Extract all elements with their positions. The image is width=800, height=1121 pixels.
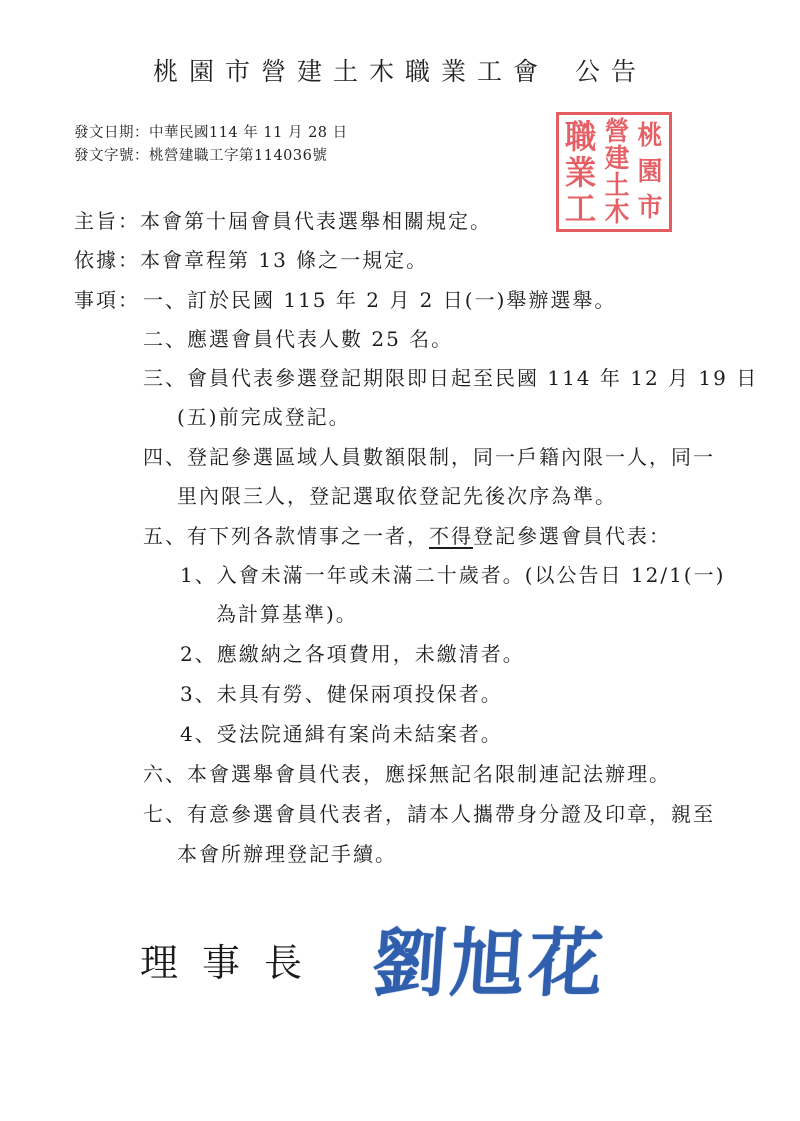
official-seal: 桃 園 市 營 建 土 木 職 業 工 (556, 112, 672, 232)
seal-char: 土 (605, 173, 630, 199)
basis-line: 依據：本會章程第 13 條之一規定。 (74, 244, 428, 273)
chairman-name-stamp: 劉旭花 (369, 905, 610, 1011)
item-4-continuation: 里內限三人，登記選取依登記先後次序為準。 (177, 480, 617, 509)
organization-name: 桃園市營建土木職業工會 (153, 57, 549, 86)
subitem-4: 4、受法院通緝有案尚未結案者。 (180, 718, 503, 747)
seal-char: 市 (638, 195, 663, 221)
item-4: 四、登記參選區域人員數額限制，同一戶籍內限一人，同一 (143, 441, 715, 470)
item-7: 七、有意參選會員代表者，請本人攜帶身分證及印章，親至 (143, 798, 715, 827)
issue-number-label: 發文字號： (74, 148, 149, 164)
item-1: 一、訂於民國 115 年 2 月 2 日(一)舉辦選舉。 (143, 284, 616, 313)
issue-number-value: 桃營建職工字第114036號 (149, 148, 327, 164)
item-5-text-end: 登記參選會員代表： (473, 524, 671, 548)
seal-char: 桃 (638, 123, 663, 149)
items-label: 事項： (74, 284, 140, 313)
seal-column-1: 桃 園 市 (637, 118, 663, 226)
document-type: 公告 (575, 57, 647, 86)
subitem-2: 2、應繳納之各項費用，未繳清者。 (180, 638, 525, 667)
seal-char: 業 (565, 156, 596, 189)
issue-number: 發文字號：桃營建職工字第114036號 (74, 144, 327, 165)
item-5: 五、有下列各款情事之一者，不得登記參選會員代表： (143, 520, 671, 549)
issue-date: 發文日期：中華民國114 年 11 月 28 日 (74, 121, 348, 142)
seal-char: 園 (638, 159, 663, 185)
item-3-continuation: (五)前完成登記。 (177, 401, 351, 430)
subitem-3: 3、未具有勞、健保兩項投保者。 (180, 678, 503, 707)
seal-char: 建 (605, 146, 630, 172)
chairman-title: 理事長 (140, 932, 326, 987)
underlined-emphasis: 不得 (429, 524, 473, 548)
issue-date-label: 發文日期： (74, 125, 149, 141)
item-5-text: 五、有下列各款情事之一者， (143, 524, 429, 548)
seal-column-3: 職 業 工 (564, 118, 597, 226)
announcement-title: 桃園市營建土木職業工會公告 (0, 52, 800, 88)
item-3: 三、會員代表參選登記期限即日起至民國 114 年 12 月 19 日 (143, 362, 758, 391)
issue-date-value: 中華民國114 年 11 月 28 日 (149, 125, 348, 141)
item-7-continuation: 本會所辦理登記手續。 (177, 838, 397, 867)
seal-column-2: 營 建 土 木 (604, 118, 630, 226)
subject-line: 主旨：本會第十屆會員代表選舉相關規定。 (74, 205, 492, 234)
item-2: 二、應選會員代表人數 25 名。 (143, 323, 453, 352)
item-6: 六、本會選舉會員代表，應採無記名限制連記法辦理。 (143, 758, 671, 787)
seal-char: 工 (565, 192, 596, 225)
subitem-1: 1、入會未滿一年或未滿二十歲者。(以公告日 12/1(一) (180, 559, 725, 588)
seal-char: 職 (565, 120, 596, 153)
seal-char: 木 (605, 200, 630, 226)
subitem-1-continuation: 為計算基準)。 (216, 598, 358, 627)
seal-char: 營 (605, 119, 630, 145)
